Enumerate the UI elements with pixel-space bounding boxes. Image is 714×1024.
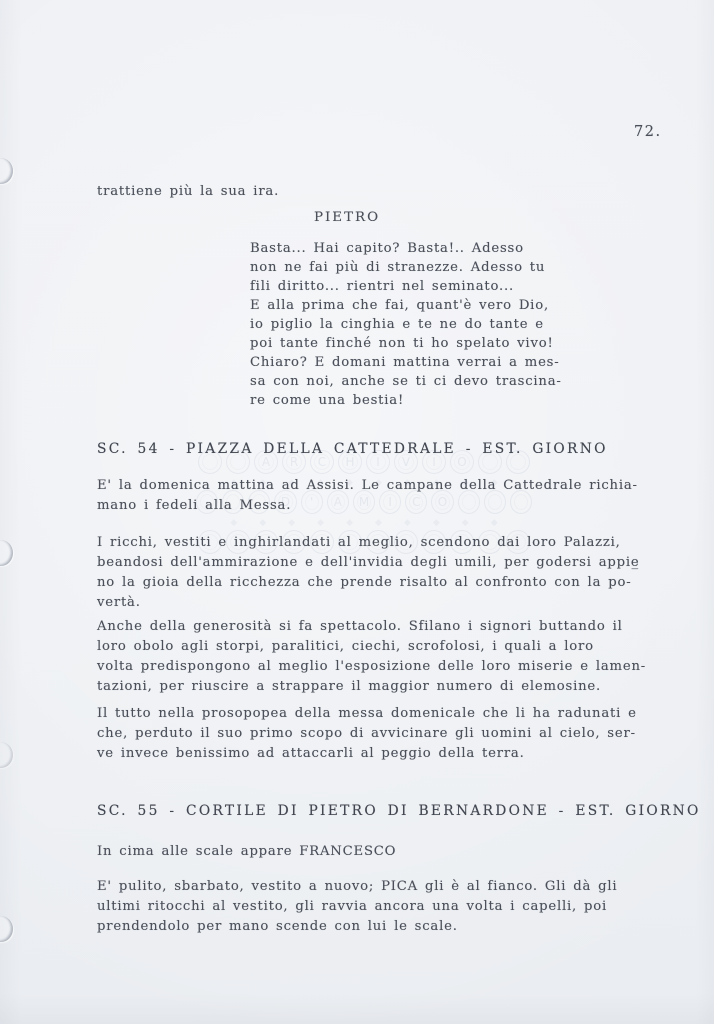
scene-54-paragraph: E' la domenica mattina ad Assisi. Le cam…: [97, 476, 638, 516]
scene-54-paragraph: Il tutto nella prosopopea della messa do…: [97, 704, 637, 764]
screenplay-page: ARCHIVIO◆◆◆◆◆◆◆◆◆◆D'AMICO◆◆◆◆◆◆◆◆◆◆ 72. …: [0, 0, 714, 1024]
action-line: trattiene più la sua ira.: [97, 182, 279, 202]
scene-55-heading: SC. 55 - CORTILE DI PIETRO DI BERNARDONE…: [97, 803, 701, 819]
punch-hole-icon: [0, 158, 13, 184]
punch-hole-icon: [0, 742, 13, 768]
punch-hole-icon: [0, 916, 13, 942]
scene-55-paragraph: E' pulito, sbarbato, vestito a nuovo; PI…: [97, 877, 617, 937]
scene-54-paragraph: I ricchi, vestiti e inghirlandati al meg…: [97, 533, 639, 613]
punch-hole-icon: [0, 540, 13, 566]
page-number: 72.: [634, 124, 662, 140]
scene-54-heading: SC. 54 - PIAZZA DELLA CATTEDRALE - EST. …: [97, 441, 608, 457]
scene-54-paragraph: Anche della generosità si fa spettacolo.…: [97, 617, 646, 697]
dialogue-character-name: PIETRO: [314, 210, 380, 225]
scene-55-paragraph: In cima alle scale appare FRANCESCO: [97, 842, 396, 862]
watermark-diamond-ornament: ◆◆◆◆◆◆◆◆◆◆: [196, 518, 532, 528]
dialogue-block: Basta... Hai capito? Basta!.. Adessonon …: [250, 239, 562, 410]
